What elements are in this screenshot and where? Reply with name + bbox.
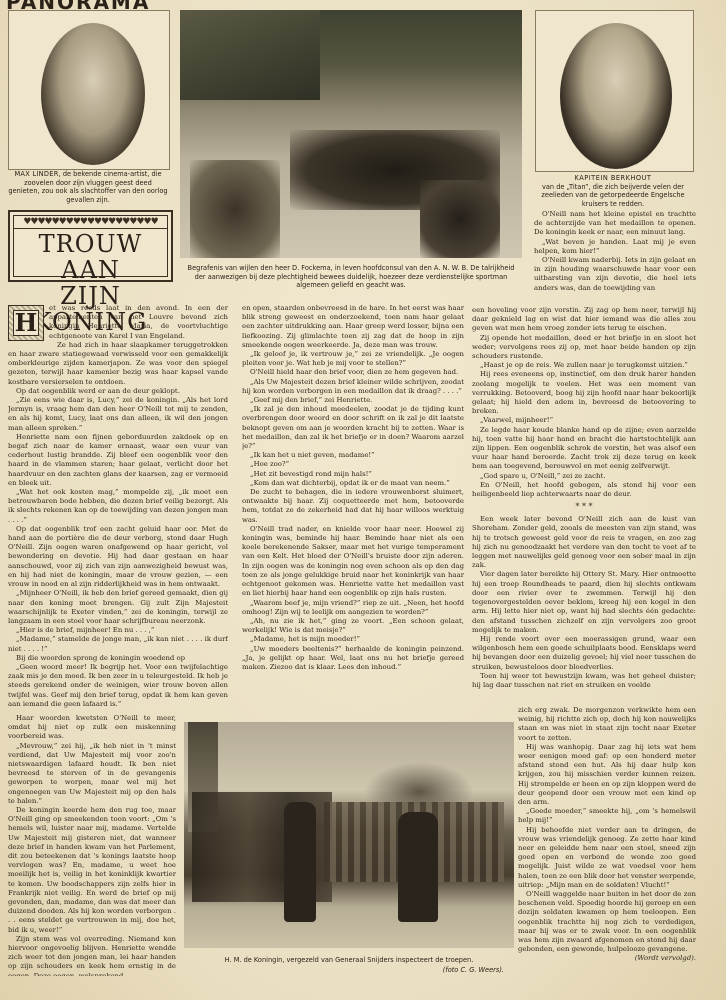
article-column-1-lower: Haar woorden kwetsten O'Neill te meer, o… [8,714,176,976]
to-be-continued: (Wordt vervolgd). [518,954,696,963]
berkhout-caption-text: van de „Titan”, die zich beijverde velen… [530,183,696,209]
troops-photo-credit: (foto C. G. Weers). [184,966,504,975]
article-column-3-bottom: zich erg zwak. De morgenzon verkwikte he… [518,706,696,968]
section-separator: * * * [472,502,696,512]
article-column-3: een hoveling voor zijn vorstin. Zij zag … [472,306,696,706]
article-column-2: en open, staarden onbevreesd in de hare.… [242,304,464,712]
berkhout-caption: KAPITEIN BERKHOUT van de „Titan”, die zi… [530,174,696,208]
drop-cap: H [8,305,44,341]
berkhout-portrait [560,23,672,169]
queen-inspecting-troops-photo [184,722,514,948]
max-linder-caption: MAX LINDER, de bekende cinema-artist, di… [8,170,168,204]
article-column-3-top: O'Neill nam het kleine epistel en tracht… [534,210,696,306]
article-title-box: ♥♥♥♥♥♥♥♥♥♥♥♥♥♥♥♥♥♥♥ TROUW AAN ZIJN KONIN… [8,210,173,282]
magazine-page: PANORAMA MAX LINDER, de bekende cinema-a… [0,0,726,1000]
article-column-1: H et was reeds laat in den avond. In een… [8,304,228,714]
max-linder-portrait [41,23,145,165]
funeral-caption: Begrafenis van wijlen den heer D. Fockem… [186,264,516,290]
article-title-line1: TROUW AAN [14,231,167,283]
berkhout-photo-frame [535,10,694,172]
funeral-procession-photo [180,10,522,258]
title-ornament: ♥♥♥♥♥♥♥♥♥♥♥♥♥♥♥♥♥♥♥ [14,216,167,229]
max-linder-caption-name: MAX LINDER [14,170,58,178]
berkhout-caption-name: KAPITEIN BERKHOUT [530,174,696,183]
troops-caption: H. M. de Koningin, vergezeld van Generaa… [184,956,514,965]
max-linder-photo-frame [8,10,170,170]
